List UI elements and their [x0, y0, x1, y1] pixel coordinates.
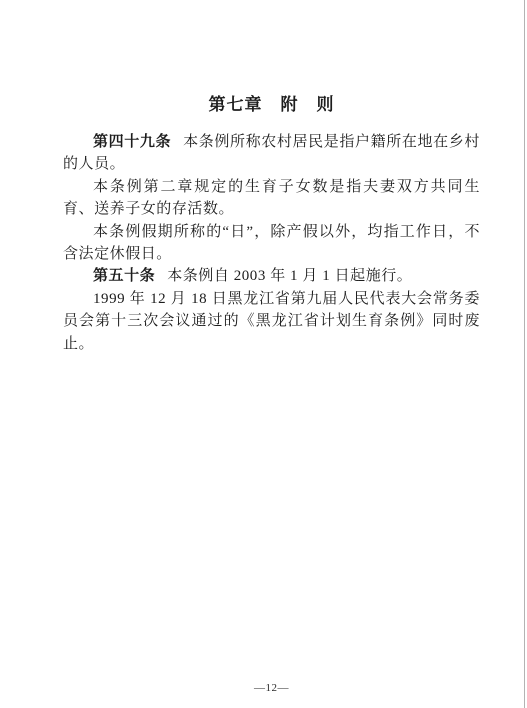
article-number: 第五十条	[93, 268, 155, 284]
paragraph: 本条例第二章规定的生育子女数是指夫妻双方共同生育、送养子女的存活数。	[63, 176, 480, 221]
article-number: 第四十九条	[93, 134, 171, 150]
paragraph: 本条例假期所称的“日”，除产假以外，均指工作日，不含法定休假日。	[63, 221, 480, 266]
article-body: 第四十九条本条例所称农村居民是指户籍所在地在乡村的人员。 本条例第二章规定的生育…	[63, 131, 480, 355]
page-number: —12—	[63, 682, 480, 694]
paragraph: 1999 年 12 月 18 日黑龙江省第九届人民代表大会常务委员会第十三次会议…	[63, 288, 480, 355]
document-page: 第七章 附 则 第四十九条本条例所称农村居民是指户籍所在地在乡村的人员。 本条例…	[0, 0, 527, 708]
paragraph-text: 本条例假期所称的“日”，除产假以外，均指工作日，不含法定休假日。	[63, 224, 480, 262]
chapter-title: 第七章 附 则	[63, 90, 480, 115]
scan-edge-line	[524, 0, 525, 708]
paragraph-text: 本条例自 2003 年 1 月 1 日起施行。	[167, 268, 412, 284]
paragraph: 第四十九条本条例所称农村居民是指户籍所在地在乡村的人员。	[63, 131, 480, 176]
paragraph-text: 1999 年 12 月 18 日黑龙江省第九届人民代表大会常务委员会第十三次会议…	[63, 291, 480, 352]
paragraph-text: 本条例第二章规定的生育子女数是指夫妻双方共同生育、送养子女的存活数。	[63, 179, 480, 217]
paragraph: 第五十条本条例自 2003 年 1 月 1 日起施行。	[63, 265, 480, 287]
